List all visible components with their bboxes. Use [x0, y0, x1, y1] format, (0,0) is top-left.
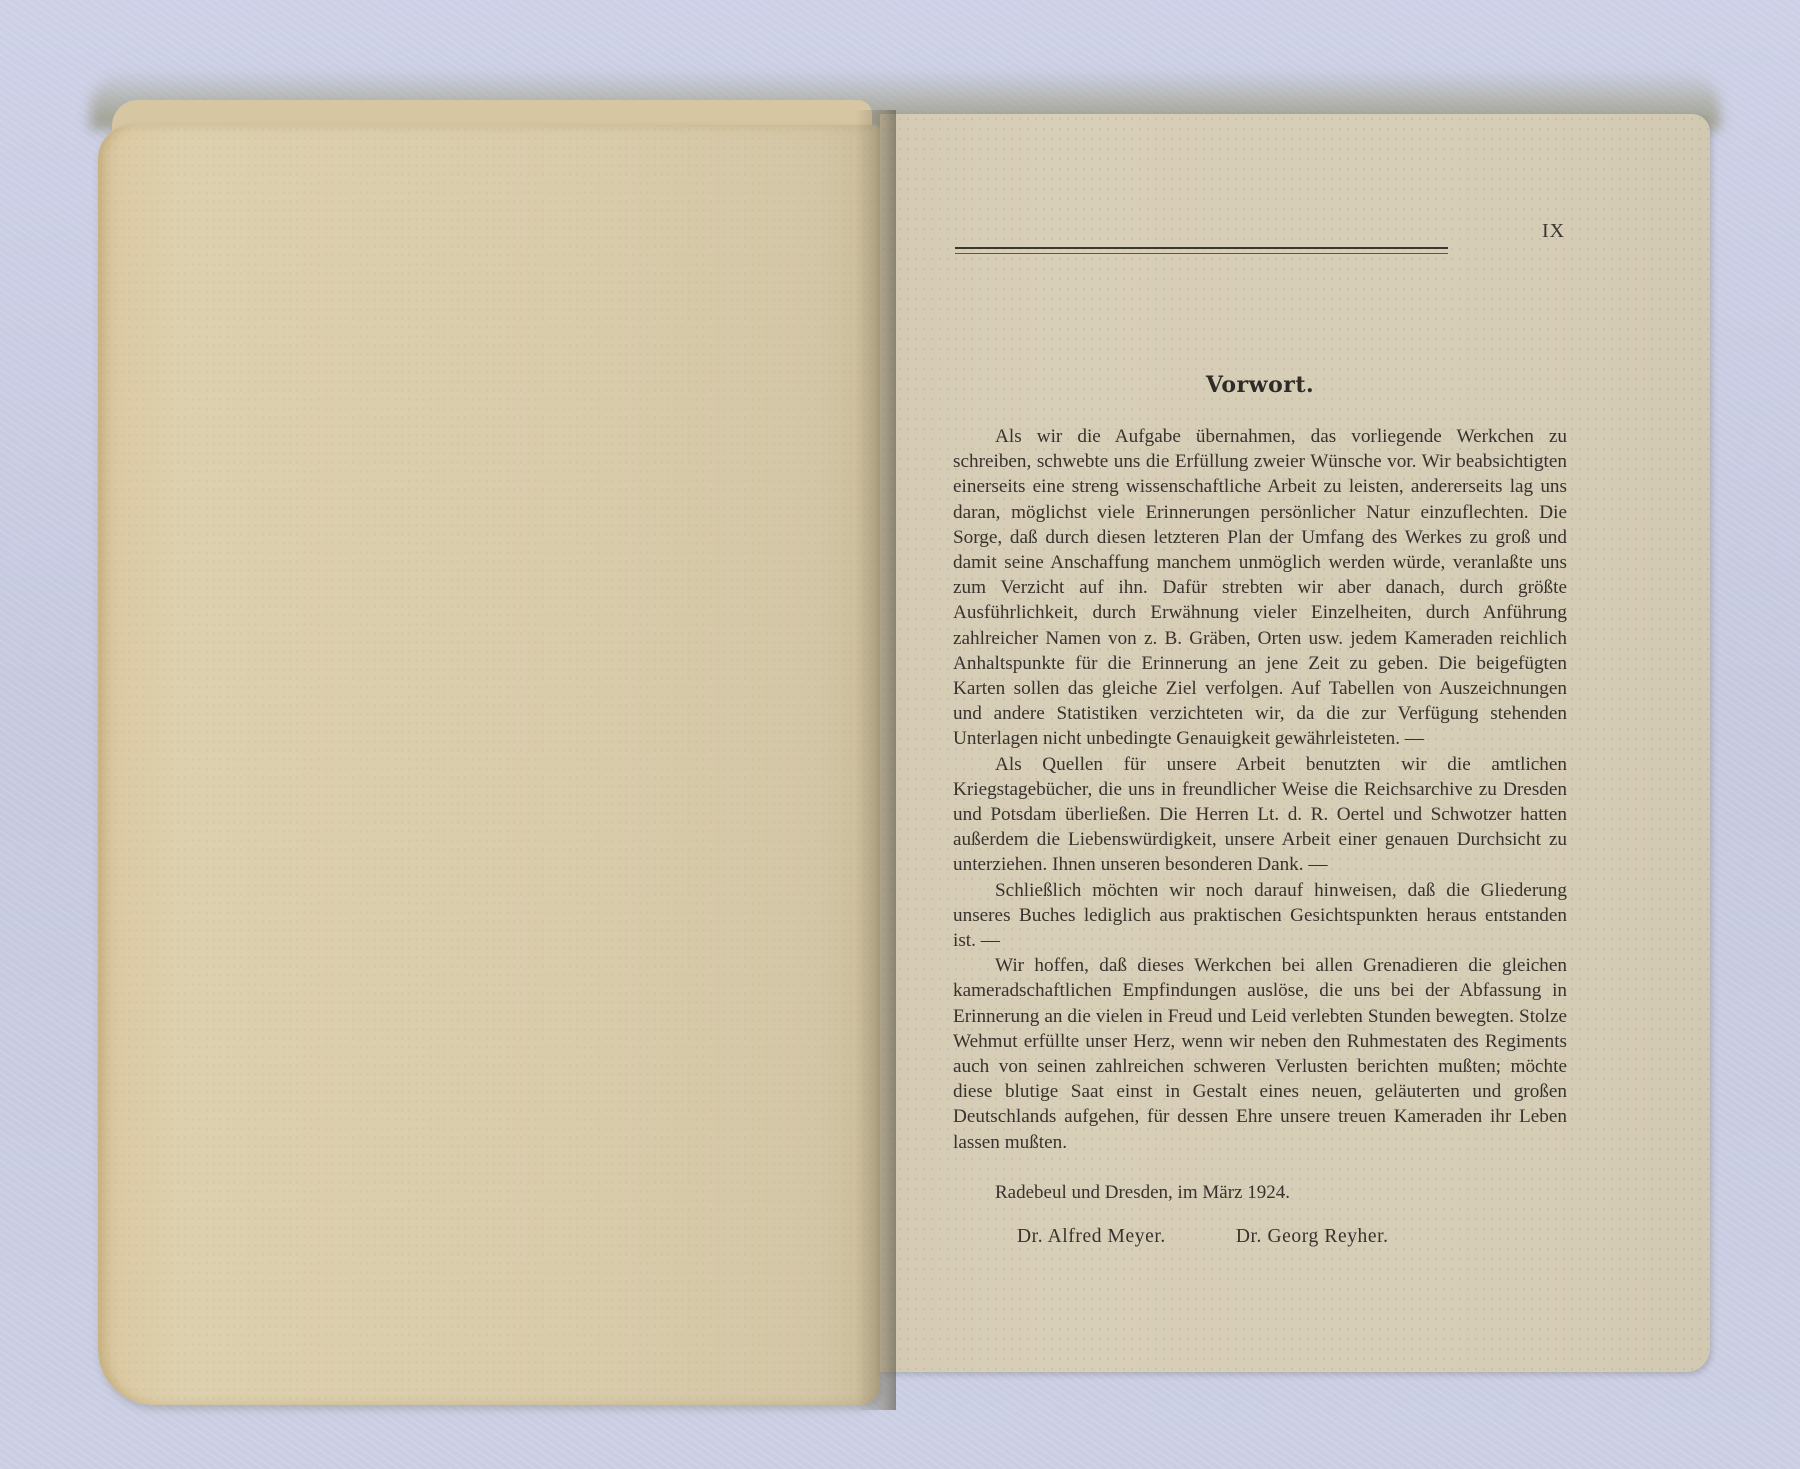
page-title: Vorwort. — [955, 372, 1565, 398]
header-double-rule — [955, 247, 1448, 254]
paragraph: Wir hoffen, daß dieses Werkchen bei alle… — [953, 953, 1567, 1155]
paragraph: Als Quellen für unsere Arbeit benutzten … — [953, 752, 1567, 878]
place-and-date: Radebeul und Dresden, im März 1924. — [995, 1182, 1290, 1204]
open-book: IX Vorwort. Als wir die Aufgabe übernahm… — [0, 0, 1800, 1469]
paragraph: Als wir die Aufgabe übernahmen, das vorl… — [953, 424, 1567, 752]
preface-body: Als wir die Aufgabe übernahmen, das vorl… — [953, 424, 1567, 1155]
signature-author-1: Dr. Alfred Meyer. — [1017, 1226, 1166, 1248]
book-gutter-shadow — [856, 110, 896, 1410]
signature-author-2: Dr. Georg Reyher. — [1236, 1226, 1389, 1248]
paragraph: Schließlich möchten wir noch darauf hinw… — [953, 878, 1567, 954]
left-page-blank — [98, 125, 880, 1405]
signatures: Dr. Alfred Meyer. Dr. Georg Reyher. — [1017, 1226, 1517, 1248]
page-number: IX — [1542, 220, 1565, 243]
